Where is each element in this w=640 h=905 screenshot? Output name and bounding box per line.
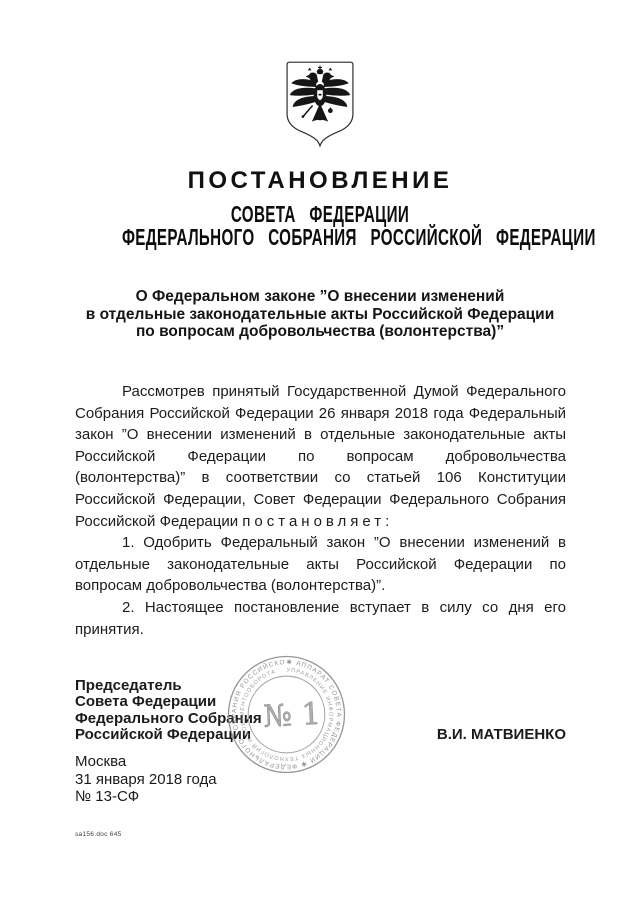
file-footnote: sa156.doc 645 <box>75 831 122 838</box>
document-body: Рассмотрев принятый Государственной Думо… <box>75 381 566 640</box>
subject-line-2: в отдельные законодательные акты Российс… <box>0 306 640 324</box>
body-intro-paragraph: Рассмотрев принятый Государственной Думо… <box>75 381 566 532</box>
org-name-line-2-text: ФЕДЕРАЛЬНОГО СОБРАНИЯ РОССИЙСКОЙ ФЕДЕРАЦ… <box>122 224 596 251</box>
subject-title: О Федеральном законе ”О внесении изменен… <box>0 288 640 341</box>
org-name-line-2: ФЕДЕРАЛЬНОГО СОБРАНИЯ РОССИЙСКОЙ ФЕДЕРАЦ… <box>0 224 640 251</box>
body-item-1: 1. Одобрить Федеральный закон ”О внесени… <box>75 532 566 597</box>
subject-line-3: по вопросам добровольчества (волонтерств… <box>0 323 640 341</box>
issue-number: № 13-СФ <box>75 788 217 806</box>
russia-coat-of-arms-icon <box>283 60 357 148</box>
stamp-number: № 1 <box>263 697 322 735</box>
resolves-word: постановляет: <box>242 513 393 530</box>
issue-city: Москва <box>75 753 217 771</box>
round-stamp: ✱ АППАРАТ СОВЕТА ФЕДЕРАЦИИ ✱ ФЕДЕРАЛЬНОГ… <box>226 654 347 775</box>
issue-block: Москва 31 января 2018 года № 13-СФ <box>75 753 217 806</box>
document-type-title: ПОСТАНОВЛЕНИЕ <box>0 167 640 195</box>
body-item-2: 2. Настоящее постановление вступает в си… <box>75 597 566 640</box>
issue-date: 31 января 2018 года <box>75 771 217 789</box>
document-page: ПОСТАНОВЛЕНИЕ СОВЕТА ФЕДЕРАЦИИ ФЕДЕРАЛЬН… <box>0 0 640 905</box>
body-intro-text: Рассмотрев принятый Государственной Думо… <box>75 383 566 530</box>
subject-line-1: О Федеральном законе ”О внесении изменен… <box>0 288 640 306</box>
signer-name: В.И. МАТВИЕНКО <box>437 726 566 743</box>
